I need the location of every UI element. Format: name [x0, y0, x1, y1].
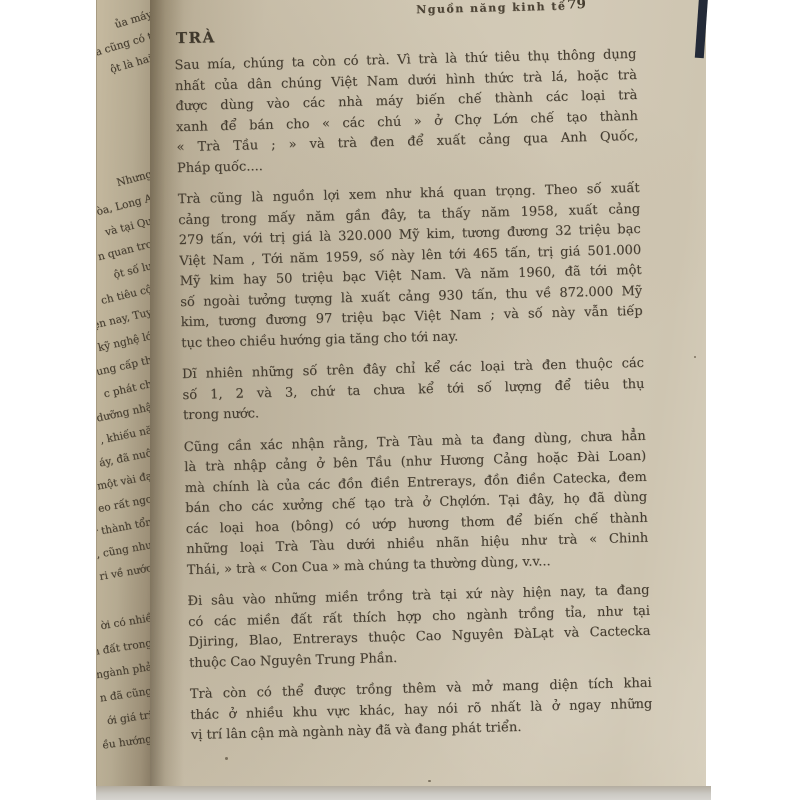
- paragraph: Sau mía, chúng ta còn có trà. Vì trà là …: [174, 45, 639, 179]
- book-photo: ủa máya cũng có tột là haiNhưngòa, Long …: [0, 0, 800, 800]
- paragraph: Trà cũng là nguồn lợi xem như khá quan t…: [178, 179, 644, 354]
- page-bottom-shadow: [96, 786, 711, 800]
- paragraph: Đi sâu vào những miền trồng trà tại xứ n…: [187, 581, 651, 674]
- left-page-text-fragment: ều hướng: [96, 733, 153, 760]
- paragraph: Trà còn có thể được trồng thêm và mở man…: [190, 674, 653, 747]
- paper-speck: [225, 757, 228, 760]
- book-page: Nguồn năng kinh tế 79 TRÀ Sau mía, chúng…: [150, 0, 706, 786]
- paragraph: Cũng cần xác nhận rằng, Trà Tàu mà ta đa…: [184, 426, 649, 581]
- gutter-shadow: [150, 0, 184, 786]
- page-number: 79: [567, 0, 586, 13]
- running-header: Nguồn năng kinh tế 79: [133, 0, 689, 25]
- paper-speck: [694, 356, 696, 358]
- paper-speck: [428, 780, 431, 782]
- body-text: Sau mía, chúng ta còn có trà. Vì trà là …: [174, 45, 653, 758]
- left-page-text-fragment: ri về nước: [96, 562, 153, 594]
- page-content: Nguồn năng kinh tế 79 TRÀ Sau mía, chúng…: [133, 0, 708, 787]
- paragraph: Dĩ nhiên những số trên đây chỉ kể các lo…: [182, 354, 645, 427]
- running-title: Nguồn năng kinh tế: [416, 0, 567, 16]
